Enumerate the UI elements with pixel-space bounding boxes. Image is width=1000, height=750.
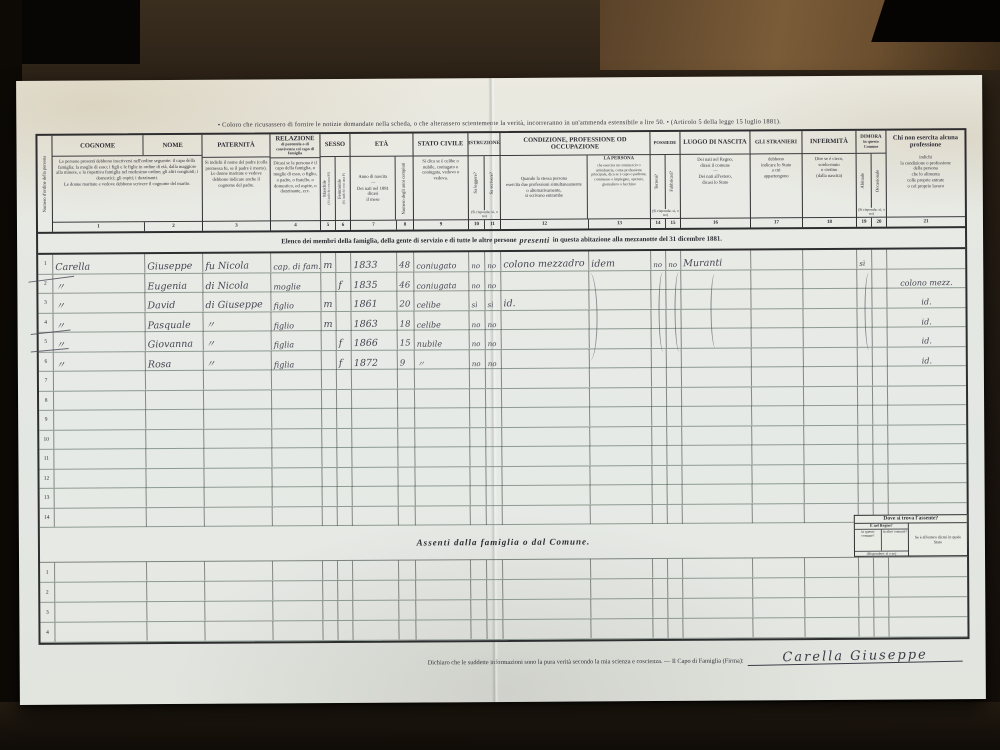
cell-abituale — [858, 425, 873, 444]
cell-stranieri — [753, 503, 805, 522]
cell-sf — [337, 467, 352, 486]
cell-terreni — [652, 446, 667, 465]
numero-label: Numero d'ordine della persona — [42, 155, 47, 212]
cell-terreni — [653, 619, 668, 638]
cell-stato — [416, 620, 471, 640]
stranieri-desc: debbono indicare lo Stato a cui apparten… — [751, 154, 802, 217]
declaration-text: Dichiaro che le suddette informazioni so… — [428, 658, 744, 667]
cell-paternita: di Nicola — [203, 273, 271, 293]
cell-chinon — [889, 597, 967, 617]
colnum-18: 18 — [803, 218, 856, 227]
cell-persona — [591, 504, 653, 524]
cell-sm — [322, 350, 337, 369]
cell-persona — [590, 368, 652, 388]
cell-stranieri — [752, 464, 804, 483]
cell-scrive — [486, 369, 502, 388]
cell-sf: f — [337, 350, 352, 369]
cell-terreni — [653, 599, 668, 618]
cell-stranieri — [753, 558, 805, 578]
cell-persona — [590, 387, 652, 407]
cell-fabb — [667, 387, 682, 406]
cell-infermita — [804, 464, 858, 483]
cell-occ — [872, 269, 887, 288]
cell-abituale — [859, 598, 874, 617]
cell-cognome — [54, 371, 146, 391]
possiede-note: (Si risponda: sì, o no) — [651, 209, 680, 219]
cell-persona — [589, 290, 651, 310]
cell-abituale — [858, 464, 873, 483]
cell-occ — [872, 250, 887, 269]
cell-nome: Giovanna — [146, 332, 204, 351]
cell-anni — [398, 408, 415, 427]
colnum-6: 6 — [336, 221, 350, 230]
colnum-12: 12 — [501, 219, 589, 229]
cell-luogo — [682, 387, 752, 407]
cell-paternita: 〃 — [204, 351, 272, 371]
col-cognome-nome: COGNOME NOME Le persone presenti debbono… — [52, 135, 203, 232]
cell-fabb — [668, 599, 683, 618]
cell-sm: m — [321, 311, 336, 330]
cell-paternita — [204, 448, 272, 468]
census-table: Numero d'ordine della persona COGNOME NO… — [35, 128, 969, 645]
cell-scrive: no — [485, 310, 501, 329]
stato-title: STATO CIVILE — [413, 133, 467, 156]
cell-infermita — [804, 484, 858, 503]
cell-occ — [873, 347, 888, 366]
cell-paternita — [204, 429, 272, 449]
cell-persona — [589, 270, 651, 290]
cell-scrive — [486, 427, 502, 446]
cell-persona — [590, 485, 652, 505]
cell-relazione — [273, 561, 323, 581]
cell-cognome — [55, 488, 147, 508]
cell-abituale — [858, 406, 873, 425]
condizione-title: CONDIZIONE, PROFESSIONE OD OCCUPAZIONE — [500, 132, 649, 156]
cell-terreni — [652, 485, 667, 504]
col-possiede: POSSIEDE Terreni? Fabbricati? (Si rispon… — [650, 132, 681, 228]
cell-nome: Eugenia — [145, 273, 203, 292]
cell-nome — [146, 371, 204, 390]
cell-legge — [470, 389, 486, 408]
cell-stato — [415, 447, 470, 466]
cell-stato: celibe — [414, 291, 469, 310]
colnum-7: 7 — [351, 221, 397, 230]
cell-anno — [353, 506, 399, 525]
cell-legge: no — [469, 311, 485, 330]
cell-chinon — [888, 385, 966, 405]
col-istruzione: ISTRUZIONE Sa leggere? Sa scrivere? (Si … — [468, 133, 501, 229]
cell-anno — [353, 580, 399, 600]
cell-sf — [336, 292, 351, 311]
cell-relazione — [272, 467, 322, 486]
colnum-13: 13 — [589, 219, 650, 228]
cell-sf — [337, 370, 352, 389]
cell-infermita — [804, 386, 858, 405]
cell-luogo — [682, 484, 752, 504]
cell-terreni — [652, 407, 667, 426]
list-title-pre: Elenco dei membri della famiglia, della … — [281, 237, 516, 245]
cell-sf — [338, 581, 353, 600]
cell-relazione — [272, 409, 322, 428]
cell-anno: 1861 — [351, 291, 397, 310]
col-eta: ETÀ Anno di nascita — Dei nati nel 1881 … — [350, 134, 414, 230]
row-number: 14 — [40, 508, 55, 527]
cell-infermita — [803, 308, 857, 327]
cell-cond — [503, 599, 591, 619]
cell-stato: coniugato — [414, 252, 469, 271]
cell-infermita — [805, 558, 859, 578]
cell-luogo — [682, 426, 752, 446]
cell-nome: Pasquale — [145, 312, 203, 331]
cell-relazione — [272, 448, 322, 467]
col-infermita: INFERMITÀ Dire se è cieco, sordo-muto o … — [802, 131, 857, 227]
cell-legge — [470, 408, 486, 427]
colnum-9: 9 — [414, 220, 468, 229]
cell-paternita: fu Nicola — [203, 253, 271, 273]
cell-scrive — [486, 466, 502, 485]
cell-infermita — [803, 250, 857, 269]
cell-fabb: no — [666, 251, 681, 270]
chinon-title: Chi non esercita alcuna professione — [886, 130, 964, 152]
cell-abituale — [859, 558, 874, 577]
cell-infermita — [804, 425, 858, 444]
cell-stranieri — [751, 250, 803, 269]
cell-cond: colono mezzadro — [501, 251, 589, 271]
background-corner — [871, 0, 1000, 42]
cell-cond — [502, 368, 590, 388]
cell-relazione: cap. di fam. — [271, 253, 321, 272]
cell-anni — [399, 580, 416, 599]
cell-chinon: id. — [888, 327, 966, 347]
cell-cond — [502, 329, 590, 349]
cell-scrive: no — [486, 330, 502, 349]
cell-abituale — [858, 445, 873, 464]
cell-relazione: figlia — [272, 331, 322, 350]
cell-anni: 9 — [398, 350, 415, 369]
cell-sf — [338, 621, 353, 640]
colnum-11: 11 — [485, 220, 500, 229]
cell-occ — [874, 558, 889, 577]
relazione-subtitle: di parentela o di convivenza col capo di… — [271, 143, 318, 156]
cell-cond — [502, 485, 590, 505]
row-number: 6 — [39, 352, 54, 371]
cell-abituale — [858, 386, 873, 405]
absent-q1: in questo comune? — [855, 530, 882, 551]
cell-abituale — [859, 578, 874, 597]
cell-stranieri — [753, 578, 805, 598]
infermita-title: INFERMITÀ — [802, 131, 855, 154]
eta-anno-desc: Anno di nascita — Dei nati nel 1881 dica… — [355, 172, 391, 205]
cell-sm — [323, 581, 338, 600]
cell-cond — [502, 348, 590, 368]
cell-nome — [146, 468, 204, 487]
cell-terreni — [652, 465, 667, 484]
cell-stranieri — [752, 406, 804, 425]
cell-nome: Rosa — [146, 351, 204, 370]
cell-nome — [146, 488, 204, 507]
sa-scrivere-label: Sa scrivere? — [490, 172, 495, 194]
col-paternita: PATERNITÀ Si indichi il nome del padre (… — [202, 134, 271, 230]
cell-luogo — [683, 618, 753, 638]
cell-anno — [353, 560, 399, 580]
luogo-title: LUOGO DI NASCITA — [680, 131, 749, 154]
cell-stato — [416, 560, 471, 580]
cell-fabb — [668, 504, 683, 523]
cell-luogo — [683, 558, 753, 578]
absent-section-band: Assenti dalla famiglia o dal Comune. Dov… — [40, 522, 967, 563]
cell-anni: 15 — [398, 330, 415, 349]
eta-title: ETÀ — [350, 134, 412, 157]
absent-row: 4 — [40, 617, 967, 643]
cell-sm — [323, 601, 338, 620]
cell-nome — [147, 582, 205, 602]
cell-sf: f — [337, 331, 352, 350]
cell-paternita: di Giuseppe — [203, 292, 271, 312]
cell-stato: nubile — [415, 330, 470, 349]
cell-nome — [147, 507, 205, 526]
cell-anno — [353, 600, 399, 620]
row-number: 1 — [40, 563, 55, 582]
sa-leggere-label: Sa leggere? — [474, 172, 479, 193]
cell-stranieri — [753, 598, 805, 618]
cell-paternita — [205, 601, 273, 621]
cell-scrive: no — [485, 271, 501, 290]
istruzione-note: (Si risponda: sì, o no) — [469, 210, 500, 220]
row-number: 3 — [40, 603, 55, 622]
cognome-nome-desc: Le persone presenti debbono inscriversi … — [53, 156, 202, 222]
cell-terreni — [652, 426, 667, 445]
cell-stranieri — [751, 308, 803, 327]
cell-scrive — [487, 560, 503, 579]
cell-chinon: id. — [888, 346, 966, 366]
cell-stranieri — [752, 425, 804, 444]
col-relazione: RELAZIONE di parentela o di convivenza c… — [270, 134, 321, 230]
cell-chinon — [888, 405, 966, 425]
cell-cond — [502, 387, 590, 407]
cell-scrive — [486, 388, 502, 407]
cell-legge — [470, 447, 486, 466]
cell-cond — [501, 309, 589, 329]
cell-relazione — [273, 621, 323, 641]
cell-sf — [338, 506, 353, 525]
absent-estero-label: Se è all'estero dicasi in quale Stato — [909, 523, 967, 555]
cell-infermita — [804, 406, 858, 425]
cell-cognome — [54, 429, 146, 449]
cell-paternita — [204, 370, 272, 390]
cell-legge: no — [470, 350, 486, 369]
paternita-desc: Si indichi il nome del padre (colla prem… — [203, 157, 270, 220]
dimora-note: (Si risponda: sì, o no) — [857, 207, 886, 217]
cell-stato — [415, 486, 470, 505]
row-number: 3 — [38, 294, 53, 313]
cell-terreni — [652, 348, 667, 367]
cell-terreni: no — [651, 251, 666, 270]
cell-persona — [591, 579, 653, 599]
row-number: 12 — [39, 469, 54, 488]
cell-chinon — [888, 483, 966, 503]
cell-luogo — [683, 504, 753, 524]
cell-relazione — [272, 487, 322, 506]
cell-cond — [503, 504, 591, 524]
absent-q2: in altro comune? — [882, 529, 908, 550]
cell-stato — [415, 388, 470, 407]
cell-scrive — [487, 505, 503, 524]
row-number: 4 — [40, 623, 55, 642]
cognome-title: COGNOME — [52, 135, 144, 156]
cell-cond — [502, 426, 590, 446]
cell-persona — [591, 559, 653, 579]
cell-anno — [352, 428, 398, 447]
cell-cognome: 〃 — [53, 293, 145, 313]
cell-infermita — [805, 503, 859, 522]
cell-occ — [872, 308, 887, 327]
occasionale-label: Occasionale — [876, 169, 881, 191]
cell-scrive — [487, 600, 503, 619]
head-of-family-signature: Carella Giuseppe — [748, 649, 963, 666]
col-stranieri: GLI STRANIERI debbono indicare lo Stato … — [750, 131, 803, 227]
cell-terreni — [653, 504, 668, 523]
cell-anni — [399, 560, 416, 579]
persona-desc: che esercita un commercio o un'industria… — [588, 161, 650, 189]
stato-desc: Si dica se è celibe o nubile, coniugato … — [414, 156, 468, 219]
cell-anno — [352, 369, 398, 388]
cell-stranieri — [752, 445, 804, 464]
cell-legge — [471, 620, 487, 639]
colnum-3: 3 — [203, 221, 270, 230]
cell-stranieri — [752, 367, 804, 386]
cell-sm — [322, 487, 337, 506]
condizione-desc: Quando la stessa persona esercita due pr… — [504, 174, 584, 201]
cell-anni: 18 — [397, 311, 414, 330]
cell-relazione: figlia — [272, 350, 322, 369]
istruzione-title: ISTRUZIONE — [468, 133, 499, 156]
cell-sf — [337, 389, 352, 408]
cell-sf: f — [336, 272, 351, 291]
census-sheet: • Coloro che ricusassero di fornire le n… — [16, 75, 986, 705]
cell-paternita — [204, 487, 272, 507]
cell-anno: 1866 — [352, 330, 398, 349]
colnum-16: 16 — [681, 218, 750, 227]
cell-occ — [872, 289, 887, 308]
cell-fabb — [667, 368, 682, 387]
colnum-19: 19 — [857, 218, 872, 227]
cell-scrive: sì — [485, 291, 501, 310]
absent-location-box: Dove si trova l'assente? È nel Regno? in… — [854, 514, 968, 557]
cell-relazione — [272, 370, 322, 389]
cell-persona — [591, 599, 653, 619]
cell-sm — [323, 506, 338, 525]
cell-cognome — [55, 622, 147, 643]
paper-top-margin — [35, 75, 963, 121]
cell-sf — [337, 487, 352, 506]
cell-stranieri — [752, 484, 804, 503]
list-title-presenti: presenti — [519, 236, 549, 245]
cell-scrive — [486, 447, 502, 466]
cell-terreni — [652, 387, 667, 406]
cell-chinon — [888, 463, 966, 483]
cell-legge: sì — [469, 291, 485, 310]
cell-sm — [322, 370, 337, 389]
cell-relazione: figlio — [271, 292, 321, 311]
cell-relazione — [272, 389, 322, 408]
colnum-8: 8 — [397, 221, 413, 230]
cell-infermita — [804, 445, 858, 464]
cell-sm — [322, 409, 337, 428]
cell-nome — [147, 602, 205, 622]
cell-infermita — [803, 289, 857, 308]
cell-legge — [470, 486, 486, 505]
cell-abituale — [858, 484, 873, 503]
cell-nome — [146, 449, 204, 468]
cell-cond — [502, 407, 590, 427]
cell-anni — [398, 486, 415, 505]
cell-fabb — [668, 559, 683, 578]
table-header: Numero d'ordine della persona COGNOME NO… — [37, 130, 965, 234]
cell-stranieri — [752, 386, 804, 405]
cell-occ — [874, 618, 889, 637]
col-dimora: DIMORA in questo Comune Abituale Occasio… — [856, 131, 887, 227]
row-number: 11 — [39, 450, 54, 469]
cell-legge: no — [469, 252, 485, 271]
cell-cognome — [54, 468, 146, 488]
cell-anni: 48 — [397, 252, 414, 271]
cell-fabb — [667, 426, 682, 445]
cell-cognome — [54, 410, 146, 430]
row-number: 2 — [38, 274, 53, 293]
cell-anno: 1835 — [351, 272, 397, 291]
cell-infermita — [804, 347, 858, 366]
col-luogo-nascita: LUOGO DI NASCITA Dei nati nel Regno, dir… — [680, 131, 751, 227]
cell-cognome — [55, 602, 147, 623]
cell-fabb — [668, 579, 683, 598]
cell-chinon — [888, 424, 966, 444]
cell-chinon — [888, 444, 966, 464]
cell-sf — [337, 428, 352, 447]
cell-cond — [502, 446, 590, 466]
cell-paternita — [205, 621, 273, 641]
cell-abituale — [859, 618, 874, 637]
cell-fabb — [667, 465, 682, 484]
cell-paternita — [204, 390, 272, 410]
row-number: 13 — [40, 489, 55, 508]
colnum-21: 21 — [887, 217, 965, 226]
cell-anni — [398, 428, 415, 447]
terreni-label: Terreni? — [655, 174, 660, 189]
cell-scrive — [486, 486, 502, 505]
cell-abituale — [858, 347, 873, 366]
cell-anni — [398, 389, 415, 408]
cell-occ — [874, 578, 889, 597]
cell-stranieri — [752, 328, 804, 347]
cell-sm — [322, 448, 337, 467]
chinon-desc: indichi la condizione o professione dell… — [887, 152, 965, 216]
photo-of-census-form: • Coloro che ricusassero di fornire le n… — [0, 0, 1000, 750]
cell-stranieri — [752, 347, 804, 366]
cell-infermita — [804, 367, 858, 386]
cell-fabb — [668, 619, 683, 638]
cell-stato — [416, 580, 471, 600]
cell-stato: coniugata — [414, 271, 469, 290]
cell-persona — [590, 446, 652, 466]
cell-luogo: Muranti — [681, 250, 751, 270]
colnum-15: 15 — [666, 219, 680, 228]
infermita-desc: Dire se è cieco, sordo-muto o cretino (d… — [803, 154, 856, 217]
cell-paternita: 〃 — [204, 331, 272, 351]
cell-relazione — [273, 601, 323, 621]
cell-stranieri — [751, 269, 803, 288]
cell-scrive: no — [486, 349, 502, 368]
cell-persona: idem — [589, 251, 651, 271]
